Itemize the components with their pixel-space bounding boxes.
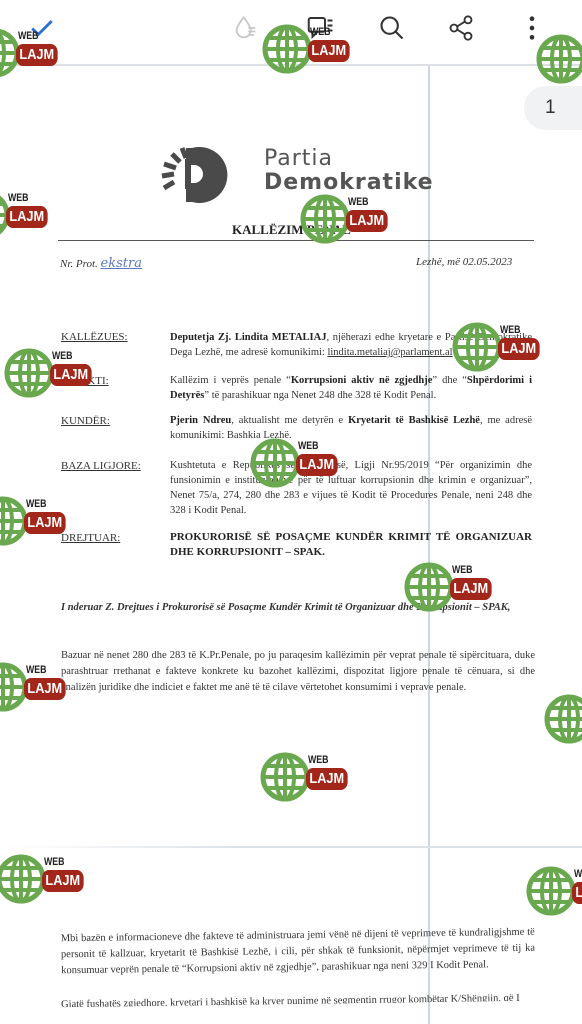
salutation: I nderuar Z. Drejtues i Prokurorisë së P…: [61, 600, 535, 615]
search-icon: [378, 14, 406, 42]
document-date: Lezhë, më 02.05.2023: [416, 256, 512, 268]
top-toolbar: [0, 0, 582, 66]
more-options-button[interactable]: [514, 10, 550, 46]
page-2-edge: [0, 846, 582, 848]
checkmark-icon: [29, 15, 55, 41]
document-title: KALLËZIM PENAL: [232, 222, 351, 238]
share-button[interactable]: [443, 10, 479, 46]
protocol-label: Nr. Prot.: [60, 258, 98, 270]
field-value-objekti: Kallëzim i veprës penale “Korrupsioni ak…: [170, 373, 532, 403]
more-vertical-icon: [518, 14, 546, 42]
done-button[interactable]: [24, 10, 60, 46]
field-value-kunder: Pjerin Ndreu, aktualisht me detyrën e Kr…: [170, 413, 532, 443]
search-button[interactable]: [374, 10, 410, 46]
logo-line-2: Demokratike: [264, 170, 434, 195]
ink-button[interactable]: [228, 10, 264, 46]
field-value-baza-ligjore: Kushtetuta e Republikës së Shqipërisë, L…: [170, 458, 532, 518]
pdf-viewer[interactable]: 1 Partia Demokratike KALLËZIM PENAL Nr. …: [0, 66, 582, 1024]
note-button[interactable]: [302, 10, 338, 46]
page-2-paragraph-2: Gjatë fushatës zgjedhore, kryetari i bas…: [61, 991, 535, 1008]
field-label-kallezues: KALLËZUES:: [61, 331, 128, 343]
field-value-drejtuar: PROKURORISË SË POSAÇME KUNDËR KRIMIT TË …: [170, 530, 532, 560]
field-label-drejtuar: DREJTUAR:: [61, 532, 120, 544]
page-number-badge: 1: [524, 86, 582, 130]
protocol-number: Nr. Prot. ekstra: [60, 256, 142, 271]
field-value-kallezues: Deputetja Zj. Lindita METALIAJ, njëheraz…: [170, 330, 532, 360]
page-2-paragraph-1: Mbi bazën e informacioneve dhe fakteve t…: [61, 925, 536, 980]
field-label-baza-ligjore: BAZA LIGJORE:: [61, 460, 141, 472]
share-icon: [447, 14, 475, 42]
field-label-objekti: OBJEKTI:: [61, 375, 109, 387]
paragraph-1: Bazuar në nenet 280 dhe 283 të K.Pr.Pena…: [61, 648, 535, 696]
note-icon: [305, 13, 335, 43]
logo-line-1: Partia: [264, 146, 333, 171]
field-label-kunder: KUNDËR:: [61, 415, 110, 427]
header-rule: [58, 240, 534, 241]
party-logo-icon: [158, 142, 240, 206]
ink-drop-icon: [232, 14, 260, 42]
protocol-value: ekstra: [101, 256, 142, 271]
